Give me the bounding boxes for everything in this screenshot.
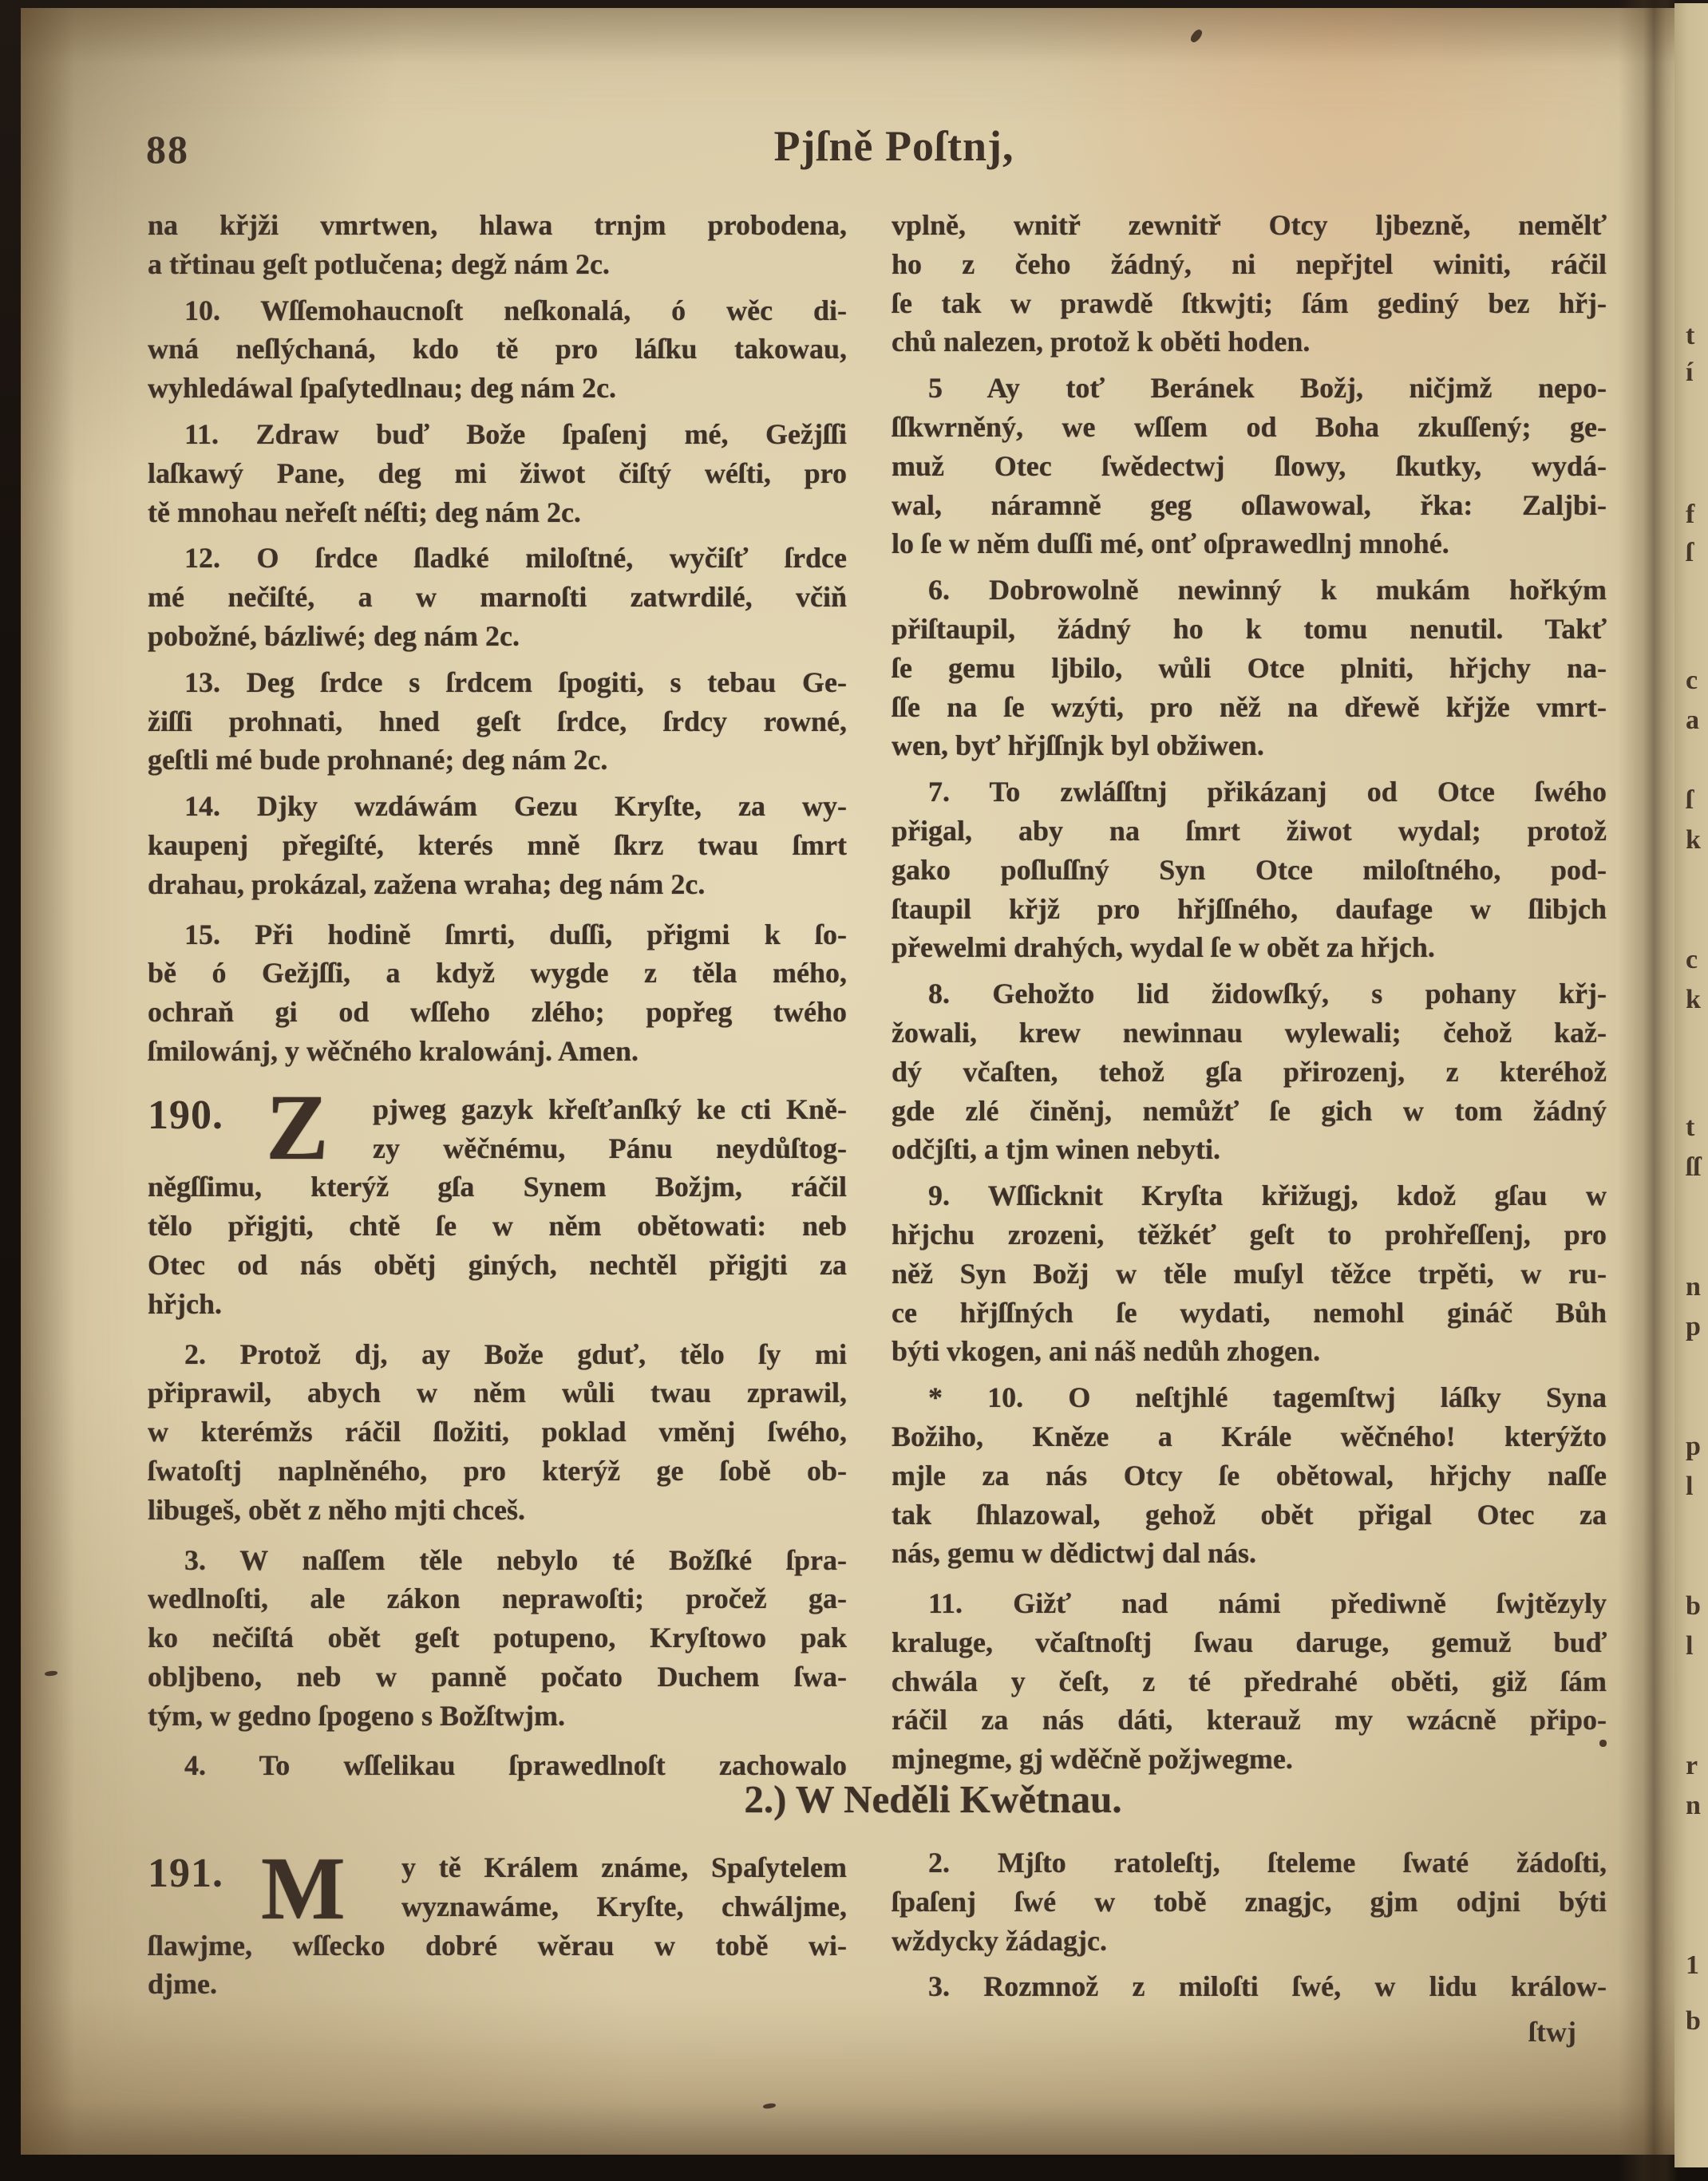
hymn-head-lines: pjweg gazyk křeſťanſký ke cti Kně-zy wěč… bbox=[373, 1090, 847, 1168]
bottom-left-column: 191.My tě Králem známe, Spaſytelemwyznaw… bbox=[148, 1829, 847, 2004]
text-line: odčjſti, a tjm winen nebyti. bbox=[892, 1130, 1607, 1169]
facing-page-letter-fragment: ſſ bbox=[1686, 1154, 1701, 1181]
verse: 6. Dobrowolně newinný k mukám hořkýmpřiſ… bbox=[892, 571, 1607, 765]
text-line: wen, byť hřjſſnjk byl obžiwen. bbox=[892, 726, 1607, 765]
facing-page-letter-fragment: ſ bbox=[1686, 539, 1693, 567]
facing-page-letter-fragment: a bbox=[1686, 707, 1699, 734]
page-number: 88 bbox=[146, 126, 189, 172]
text-line: Otec od nás obětj giných, nechtěl přigjt… bbox=[148, 1246, 847, 1285]
text-line: ce hřjſſných ſe wydati, nemohl gináč Bůh bbox=[892, 1294, 1607, 1333]
text-line: wyhledáwal ſpaſytedlnau; deg nám 2c. bbox=[148, 369, 847, 408]
verse: 10. Wſſemohaucnoſt neſkonalá, ó wěc di-w… bbox=[148, 291, 847, 408]
text-line: 6. Dobrowolně newinný k mukám hořkým bbox=[892, 571, 1607, 610]
verse: 2. Protož dj, ay Bože gduť, tělo ſy mipř… bbox=[148, 1335, 847, 1530]
text-line: přewelmi drahých, wydal ſe w obět za hřj… bbox=[892, 928, 1607, 967]
facing-page-letter-fragment: k bbox=[1686, 986, 1701, 1013]
text-line: drahau, prokázal, zažena wraha; deg nám … bbox=[148, 865, 847, 904]
text-line: 9. Wſſicknit Kryſta křižugj, kdož gſau w bbox=[892, 1176, 1607, 1215]
text-line: 12. O ſrdce ſladké miloſtné, wyčiſť ſrdc… bbox=[148, 539, 847, 578]
text-line: pobožné, bázliwé; deg nám 2c. bbox=[148, 617, 847, 656]
text-line: nás, gemu w dědictwj dal nás. bbox=[892, 1534, 1607, 1573]
ink-speck bbox=[1599, 1740, 1607, 1747]
text-line: libugeš, obět z něho mjti chceš. bbox=[148, 1491, 847, 1530]
text-line: muž Otec ſwědectwj ſlowy, ſkutky, wydá- bbox=[892, 447, 1607, 486]
facing-page-letter-fragment: l bbox=[1686, 1633, 1693, 1660]
section-heading: 2.) W Neděli Kwětnau. bbox=[148, 1776, 1607, 1822]
text-line: něž Syn Božj w těle muſyl těžce trpěti, … bbox=[892, 1254, 1607, 1294]
text-line: wedlnoſti, ale zákon neprawoſti; pročež … bbox=[148, 1579, 847, 1618]
text-line: y tě Králem známe, Spaſytelem bbox=[401, 1848, 847, 1887]
text-line: mjnegme, gj wděčně požjwegme. bbox=[892, 1740, 1607, 1779]
verse: 15. Při hodině ſmrti, duſſi, přigmi k ſo… bbox=[148, 915, 847, 1071]
facing-page-letter-fragment: p bbox=[1686, 1433, 1701, 1460]
hymn-block: 191.My tě Králem známe, Spaſytelemwyznaw… bbox=[148, 1848, 847, 2004]
text-line: obljbeno, neb w panně počato Duchem ſwa- bbox=[148, 1657, 847, 1697]
text-line: 3. Rozmnož z miloſti ſwé, w lidu králow- bbox=[892, 1967, 1607, 2006]
text-line: tě mnohau neřeſt néſti; deg nám 2c. bbox=[148, 493, 847, 532]
facing-page-letter-fragment: c bbox=[1686, 667, 1698, 694]
verse: * 10. O neſtjhlé tagemſtwj láſky SynaBož… bbox=[892, 1378, 1607, 1573]
hymn-number: 191. bbox=[148, 1850, 223, 1897]
text-line: * 10. O neſtjhlé tagemſtwj láſky Syna bbox=[892, 1378, 1607, 1417]
text-line: na křjži vmrtwen, hlawa trnjm probodena, bbox=[148, 206, 847, 245]
text-line: 11. Zdraw buď Bože ſpaſenj mé, Gežjſſi bbox=[148, 415, 847, 454]
text-line: 2. Protož dj, ay Bože gduť, tělo ſy mi bbox=[148, 1335, 847, 1374]
drop-cap: Z bbox=[266, 1081, 329, 1175]
verse-continuation: vplně, wnitř zewnitř Otcy ljbezně, neměl… bbox=[892, 206, 1607, 362]
verse-continuation: na křjži vmrtwen, hlawa trnjm probodena,… bbox=[148, 206, 847, 284]
text-line: hřjchu zrozeni, těžkéť geſt to prohřeſſe… bbox=[892, 1215, 1607, 1254]
text-line: ſlawjme, wſſecko dobré wěrau w tobě wi- bbox=[148, 1926, 847, 1966]
text-line: ſſkwrněný, we wſſem od Boha zkuſſený; ge… bbox=[892, 408, 1607, 447]
text-line: ſwatoſtj naplněného, pro kterýž ge ſobě … bbox=[148, 1452, 847, 1491]
text-line: tým, w gedno ſpogeno s Božſtwjm. bbox=[148, 1697, 847, 1736]
verse: 8. Gehožto lid židowſký, s pohany křj-žo… bbox=[892, 974, 1607, 1169]
text-line: ſe tak w prawdě ſtkwjti; ſám gediný bez … bbox=[892, 284, 1607, 323]
text-line: wná neſlýchaná, kdo tě pro láſku takowau… bbox=[148, 330, 847, 369]
text-line: 5 Ay toť Beránek Božj, ničjmž nepo- bbox=[892, 369, 1607, 408]
text-line: ſſe na ſe wzýti, pro něž na dřewě křjže … bbox=[892, 688, 1607, 727]
text-line: ſtaupil křjž pro hřjſſného, daufage w ſl… bbox=[892, 890, 1607, 929]
verse: 14. Djky wzdáwám Gezu Kryſte, za wy-kaup… bbox=[148, 787, 847, 903]
text-line: mé nečiſté, a w marnoſti zatwrdilé, včiň bbox=[148, 578, 847, 617]
drop-cap: M bbox=[261, 1842, 346, 1936]
text-line: ochraň gi od wſſeho zlého; popřeg twého bbox=[148, 993, 847, 1032]
verse: 2. Mjſto ratoleſtj, ſteleme ſwaté žádoſt… bbox=[892, 1843, 1607, 1960]
text-line: gako poſluſſný Syn Otce miloſtného, pod- bbox=[892, 851, 1607, 890]
text-line: 3. W naſſem těle nebylo té Božſké ſpra- bbox=[148, 1541, 847, 1580]
facing-page-letter-fragment: f bbox=[1686, 501, 1694, 528]
text-line: 15. Při hodině ſmrti, duſſi, přigmi k ſo… bbox=[148, 915, 847, 954]
facing-page-letter-fragment: t bbox=[1686, 1114, 1694, 1141]
text-line: ho z čeho žádný, ni nepřjtel winiti, ráč… bbox=[892, 245, 1607, 284]
text-line: ráčil za nás dáti, kterauž my wzácně při… bbox=[892, 1701, 1607, 1740]
text-line: a třtinau geſt potlučena; degž nám 2c. bbox=[148, 245, 847, 284]
facing-page-letter-fragment: l bbox=[1686, 1473, 1693, 1500]
text-line: geſtli mé bude prohnané; deg nám 2c. bbox=[148, 741, 847, 780]
text-line: bě ó Gežjſſi, a když wygde z těla mého, bbox=[148, 954, 847, 993]
text-line: ſe gemu ljbilo, wůli Otce plniti, hřjchy… bbox=[892, 649, 1607, 688]
bottom-right-column: 2. Mjſto ratoleſtj, ſteleme ſwaté žádoſt… bbox=[892, 1843, 1607, 2052]
text-line: kraluge, včaſtnoſtj ſwau daruge, gemuž b… bbox=[892, 1623, 1607, 1662]
facing-page-letter-fragment: b bbox=[1686, 2008, 1701, 2035]
left-column: na křjži vmrtwen, hlawa trnjm probodena,… bbox=[148, 206, 847, 1785]
text-line: vplně, wnitř zewnitř Otcy ljbezně, neměl… bbox=[892, 206, 1607, 245]
facing-page-letter-fragment: k bbox=[1686, 827, 1701, 854]
text-line: něgſſimu, kterýž gſa Synem Božjm, ráčil bbox=[148, 1168, 847, 1207]
text-line: připrawil, abych w něm wůli twau zprawil… bbox=[148, 1373, 847, 1413]
text-line: 10. Wſſemohaucnoſt neſkonalá, ó wěc di- bbox=[148, 291, 847, 330]
hymn-block: 190.Zpjweg gazyk křeſťanſký ke cti Kně-z… bbox=[148, 1090, 847, 1324]
text-line: býti vkogen, ani náš nedůh zhogen. bbox=[892, 1332, 1607, 1371]
text-line: chů nalezen, protož k oběti hoden. bbox=[892, 322, 1607, 362]
text-line: tak ſhlazowal, gehož obět přigal Otec za bbox=[892, 1495, 1607, 1535]
text-line: kaupenj přegiſté, kterés mně ſkrz twau ſ… bbox=[148, 826, 847, 865]
verse: 3. Rozmnož z miloſti ſwé, w lidu králow- bbox=[892, 1967, 1607, 2006]
text-line: 14. Djky wzdáwám Gezu Kryſte, za wy- bbox=[148, 787, 847, 826]
text-line: wždycky žádagjc. bbox=[892, 1922, 1607, 1961]
verse: 9. Wſſicknit Kryſta křižugj, kdož gſau w… bbox=[892, 1176, 1607, 1371]
text-line: 13. Deg ſrdce s ſrdcem ſpogiti, s tebau … bbox=[148, 663, 847, 702]
text-line: gde zlé činěnj, nemůžť ſe gich w tom žád… bbox=[892, 1092, 1607, 1131]
text-line: mjle za nás Otcy ſe obětowal, hřjchy naſ… bbox=[892, 1456, 1607, 1495]
book-gutter-shadow bbox=[1619, 0, 1678, 2181]
text-line: hřjch. bbox=[148, 1285, 847, 1324]
facing-page-letter-fragment: n bbox=[1686, 1792, 1701, 1819]
facing-page-letter-fragment: í bbox=[1686, 359, 1693, 386]
verse: 12. O ſrdce ſladké miloſtné, wyčiſť ſrdc… bbox=[148, 539, 847, 655]
text-line: wyznawáme, Kryſte, chwáljme, bbox=[401, 1887, 847, 1926]
facing-page-letter-fragment: b bbox=[1686, 1593, 1701, 1620]
text-line: laſkawý Pane, deg mi žiwot čiſtý wéſti, … bbox=[148, 454, 847, 493]
facing-page-letter-fragment: p bbox=[1686, 1314, 1701, 1341]
text-line: djme. bbox=[148, 1965, 847, 2004]
text-line: přiſtaupil, žádný ho k tomu nenutil. Tak… bbox=[892, 610, 1607, 649]
scanned-hymnal-screenshot: { "page": { "number": "88", "header_titl… bbox=[0, 0, 1708, 2181]
text-line: ſpaſenj ſwé w tobě znagjc, gjm odjni být… bbox=[892, 1883, 1607, 1922]
facing-page-letter-fragment: c bbox=[1686, 946, 1698, 974]
verse: 13. Deg ſrdce s ſrdcem ſpogiti, s tebau … bbox=[148, 663, 847, 780]
verse: 7. To zwláſſtnj přikázanj od Otce ſwéhop… bbox=[892, 772, 1607, 967]
text-line: Božiho, Kněze a Krále wěčného! kterýžto bbox=[892, 1417, 1607, 1456]
text-line: 7. To zwláſſtnj přikázanj od Otce ſwého bbox=[892, 772, 1607, 812]
facing-page-letter-fragment: 1 bbox=[1686, 1952, 1699, 1979]
catchword: ſtwj bbox=[892, 2013, 1607, 2052]
text-line: žiſſi prohnati, hned geſt ſrdce, ſrdcy r… bbox=[148, 702, 847, 741]
text-line: 8. Gehožto lid židowſký, s pohany křj- bbox=[892, 974, 1607, 1013]
text-line: chwála y čeſt, z té předrahé oběti, giž … bbox=[892, 1662, 1607, 1701]
text-line: 2. Mjſto ratoleſtj, ſteleme ſwaté žádoſt… bbox=[892, 1843, 1607, 1883]
facing-page-letter-fragment: r bbox=[1686, 1752, 1698, 1780]
text-line: wal, náramně geg oſlawowal, řka: Zaljbi- bbox=[892, 486, 1607, 525]
facing-page-letter-fragment: ſ bbox=[1686, 787, 1693, 814]
verse: 11. Gižť nad námi přediwně ſwjtězylykral… bbox=[892, 1584, 1607, 1779]
facing-page-letter-fragment: t bbox=[1686, 322, 1694, 350]
running-title: Pjſně Poſtnj, bbox=[686, 121, 1101, 171]
text-line: žowali, krew newinnau wylewali; čehož ka… bbox=[892, 1013, 1607, 1053]
text-line: dý včaſten, tehož gſa přirozenj, z které… bbox=[892, 1053, 1607, 1092]
verse: 3. W naſſem těle nebylo té Božſké ſpra-w… bbox=[148, 1541, 847, 1736]
text-line: ko nečiſtá obět geſt potupeno, Kryſtowo … bbox=[148, 1618, 847, 1657]
hymn-head-lines: y tě Králem známe, Spaſytelemwyznawáme, … bbox=[401, 1848, 847, 1926]
text-line: w kterémžs ráčil ſložiti, poklad vměnj ſ… bbox=[148, 1413, 847, 1452]
text-line: tělo přigjti, chtě ſe w něm obětowati: n… bbox=[148, 1207, 847, 1246]
verse: 5 Ay toť Beránek Božj, ničjmž nepo-ſſkwr… bbox=[892, 369, 1607, 563]
text-line: pjweg gazyk křeſťanſký ke cti Kně- bbox=[373, 1090, 847, 1129]
text-line: přigal, aby na ſmrt žiwot wydal; protož bbox=[892, 812, 1607, 851]
text-line: 11. Gižť nad námi přediwně ſwjtězyly bbox=[892, 1584, 1607, 1623]
hymn-number: 190. bbox=[148, 1092, 223, 1139]
text-line: ſmilowánj, y wěčného kralowánj. Amen. bbox=[148, 1032, 847, 1071]
text-line: lo ſe w něm duſſi mé, onť oſprawedlnj mn… bbox=[892, 524, 1607, 563]
verse: 11. Zdraw buď Bože ſpaſenj mé, Gežjſſila… bbox=[148, 415, 847, 531]
right-column: vplně, wnitř zewnitř Otcy ljbezně, neměl… bbox=[892, 206, 1607, 1779]
text-line: zy wěčnému, Pánu neydůſtog- bbox=[373, 1129, 847, 1168]
facing-page-letter-fragment: n bbox=[1686, 1274, 1701, 1301]
